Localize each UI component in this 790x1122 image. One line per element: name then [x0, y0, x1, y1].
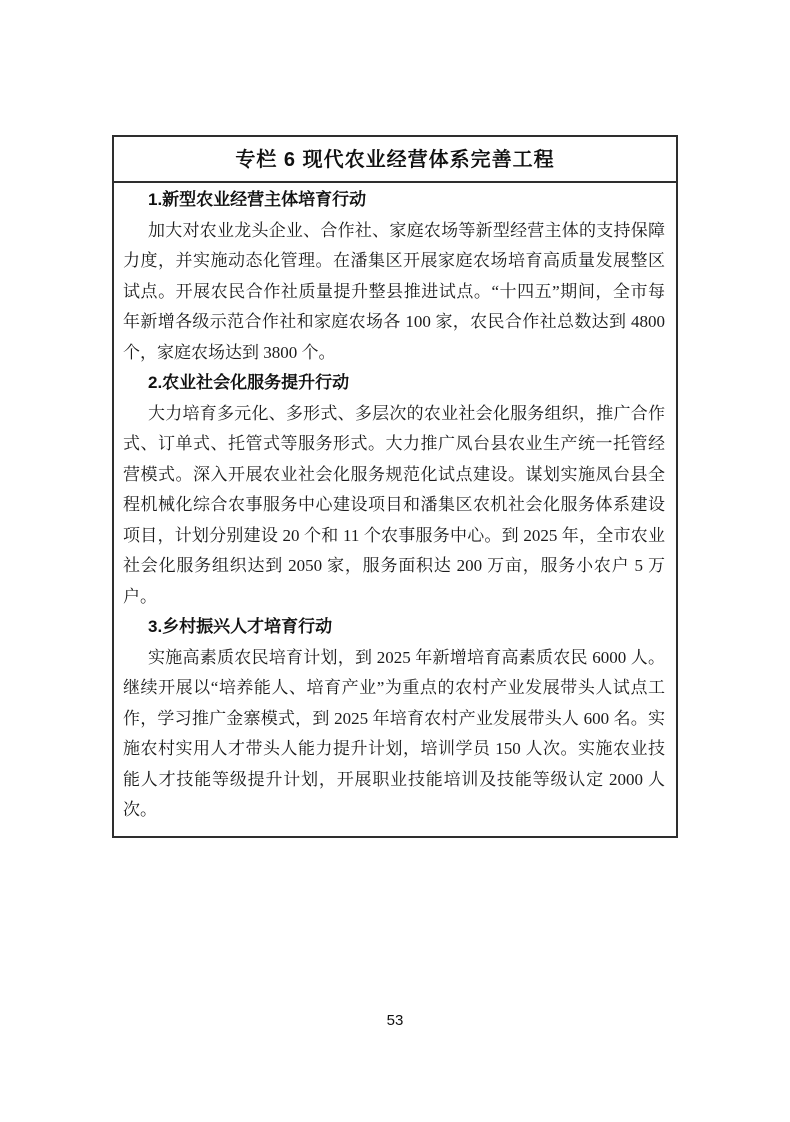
- document-page: 专栏 6 现代农业经营体系完善工程 1.新型农业经营主体培育行动 加大对农业龙头…: [0, 0, 790, 1122]
- section-2-paragraph: 大力培育多元化、多形式、多层次的农业社会化服务组织，推广合作式、订单式、托管式等…: [123, 399, 665, 613]
- feature-box-title: 专栏 6 现代农业经营体系完善工程: [114, 137, 676, 183]
- section-3-heading: 3.乡村振兴人才培育行动: [123, 612, 665, 643]
- section-1-heading: 1.新型农业经营主体培育行动: [123, 185, 665, 216]
- feature-box-body: 1.新型农业经营主体培育行动 加大对农业龙头企业、合作社、家庭农场等新型经营主体…: [114, 183, 676, 836]
- section-2-heading: 2.农业社会化服务提升行动: [123, 368, 665, 399]
- feature-box: 专栏 6 现代农业经营体系完善工程 1.新型农业经营主体培育行动 加大对农业龙头…: [112, 135, 678, 838]
- section-3-paragraph: 实施高素质农民培育计划，到 2025 年新增培育高素质农民 6000 人。继续开…: [123, 643, 665, 826]
- section-1-paragraph: 加大对农业龙头企业、合作社、家庭农场等新型经营主体的支持保障力度，并实施动态化管…: [123, 216, 665, 369]
- page-number: 53: [0, 1012, 790, 1029]
